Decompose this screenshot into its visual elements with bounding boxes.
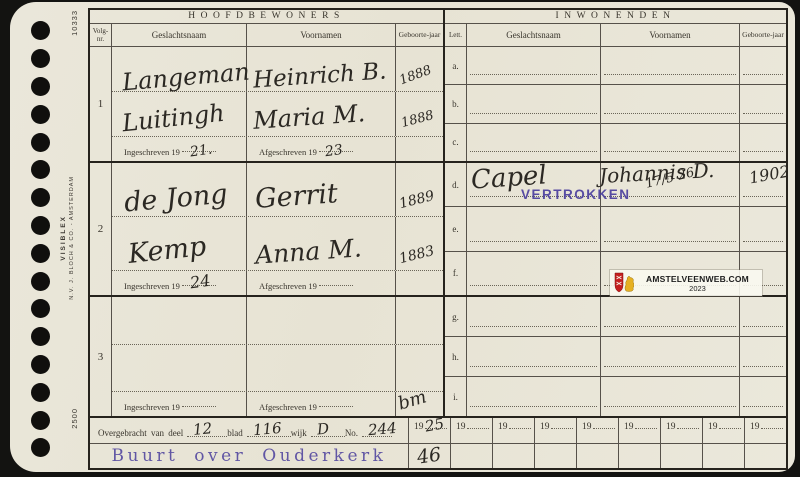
handwritten-no: 244: [367, 419, 397, 439]
row-number: 2: [90, 163, 112, 295]
letter-cell: e.: [445, 207, 467, 250]
year-cell: 19: [702, 418, 744, 443]
dotted-line: [467, 421, 489, 429]
surname-cell: [467, 207, 601, 250]
inwonenden-header-row: Lett. Geslachtsnaam Voornamen Geboorte-j…: [445, 24, 786, 47]
handwritten-ingeschreven-year: 21.: [189, 142, 213, 161]
no-field: 244: [360, 436, 392, 438]
registration-row: Ingeschreven 1924 Afgeschreven 19: [112, 271, 443, 295]
card-serial-number: 10333: [70, 10, 79, 36]
handwritten-firstnames: Anna M.: [254, 233, 362, 269]
letter-cell: g.: [445, 297, 467, 336]
letter-cell: f.: [445, 252, 467, 295]
handwritten-firstnames: Maria M.: [252, 99, 366, 135]
birthyear-cell: 1888: [396, 47, 443, 91]
empty-cell: [396, 137, 443, 161]
empty-cell: [744, 444, 786, 468]
inwonenden-row-c: c.: [445, 124, 786, 161]
handwritten-year: 1889: [398, 188, 436, 212]
watermark-text: AMSTELVEENWEB.COM 2023: [637, 274, 758, 293]
entry-row: [112, 345, 443, 393]
dotted-line: [182, 406, 216, 407]
ingeschreven-cell: Ingeschreven 19: [112, 392, 247, 416]
entry-row: Luitingh Maria M. 1888: [112, 92, 443, 137]
letter-cell: b.: [445, 85, 467, 122]
no-label: No.: [345, 428, 358, 438]
dotted-line: [319, 285, 353, 286]
blad-label: blad: [227, 428, 243, 438]
birthyear-cell: [740, 337, 786, 376]
handwritten-year: 1883: [398, 243, 436, 267]
wijk-field: D: [309, 436, 345, 438]
year-cell: 1925: [408, 418, 450, 443]
handwritten-ingeschreven-year: 24: [189, 271, 212, 293]
handwritten-wijk: D: [316, 420, 330, 439]
year-prefix: 19: [414, 422, 424, 432]
year-cell: 19: [534, 418, 576, 443]
surname-cell: de Jong: [112, 163, 247, 216]
dotted-line: [509, 421, 531, 429]
inwonenden-section: INWONENDEN Lett. Geslachtsnaam Voornamen…: [445, 10, 786, 416]
afgeschreven-cell: Afgeschreven 19: [247, 271, 396, 295]
year-cell: 19: [744, 418, 786, 443]
block-content: Langeman Heinrich B. 1888 Luitingh Maria…: [112, 47, 443, 161]
year-prefix: 19: [624, 422, 634, 432]
inwonenden-row-i: i.: [445, 377, 786, 416]
hoofdbewoner-block-2: 2 de Jong Gerrit 1889 Kemp Anna M. 1883: [90, 161, 443, 295]
handwritten-year: 1888: [400, 108, 436, 131]
watermark-year: 2023: [637, 284, 758, 293]
letter-cell: c.: [445, 124, 467, 161]
handwritten-number: 46: [416, 443, 443, 468]
birthyear-cell: [396, 345, 443, 392]
punch-hole: [31, 188, 50, 207]
empty-cell: [492, 444, 534, 468]
afgeschreven-label: Afgeschreven 19: [259, 402, 317, 412]
ingeschreven-label: Ingeschreven 19: [124, 402, 180, 412]
surname-cell: [467, 252, 601, 295]
punch-hole: [31, 244, 50, 263]
handwritten-surname: de Jong: [123, 179, 229, 219]
entry-row: [112, 297, 443, 345]
punch-hole: [31, 49, 50, 68]
punch-hole: [31, 105, 50, 124]
register-card: 10333 VISIBLEX N.V. J. BLOCH & CO. - AMS…: [10, 2, 795, 472]
year-cell: 19: [618, 418, 660, 443]
ingeschreven-cell: Ingeschreven 1921.: [112, 137, 247, 161]
year-prefix: 19: [750, 422, 760, 432]
ingeschreven-cell: Ingeschreven 1924: [112, 271, 247, 295]
empty-cell: [576, 444, 618, 468]
surname-cell: Kemp: [112, 217, 247, 270]
birthyear-cell: 1883: [396, 217, 443, 270]
punch-hole: [31, 411, 50, 430]
letter-cell: i.: [445, 377, 467, 416]
dotted-line: [761, 421, 783, 429]
vertrokken-stamp: VERTROKKEN: [521, 187, 631, 202]
year-cell: 19: [450, 418, 492, 443]
birthyear-cell: [740, 85, 786, 122]
handwritten-year: 1902: [748, 162, 791, 188]
firstnames-cell: [601, 207, 740, 250]
register-table: HOOFDBEWONERS Volg-nr. Geslachtsnaam Voo…: [88, 8, 788, 470]
brand-name: VISIBLEX: [60, 215, 67, 261]
empty-cell: [396, 271, 443, 295]
surname-cell: [467, 337, 601, 376]
birthyear-cell: 1902: [740, 163, 786, 206]
punch-hole: [31, 272, 50, 291]
punch-hole: [31, 133, 50, 152]
empty-cell: [450, 444, 492, 468]
handwritten-year: 1888: [397, 63, 433, 88]
blad-field: 116: [245, 436, 291, 438]
inwonenden-row-a: a.: [445, 47, 786, 85]
registration-row: Ingeschreven 1921. Afgeschreven 1923: [112, 137, 443, 161]
firstnames-cell: [601, 124, 740, 161]
manufacturer-imprint: VISIBLEX N.V. J. BLOCH & CO. - AMSTERDAM: [60, 150, 75, 325]
inwonenden-block-1: a. b. c.: [445, 47, 786, 161]
surname-cell: [112, 345, 247, 392]
year-prefix: 19: [498, 422, 508, 432]
empty-cell: [534, 444, 576, 468]
punch-hole: [31, 383, 50, 402]
letter-cell: h.: [445, 337, 467, 376]
entry-row: Langeman Heinrich B. 1888: [112, 47, 443, 92]
year-prefix: 19: [540, 422, 550, 432]
handwritten-firstnames: Gerrit: [254, 178, 339, 215]
birthyear-cell: [740, 297, 786, 336]
afgeschreven-label: Afgeschreven 19: [259, 147, 317, 157]
surname-cell: Langeman: [112, 47, 247, 91]
punch-hole: [31, 21, 50, 40]
row-number: 1: [90, 47, 112, 161]
year-prefix: 19: [708, 422, 718, 432]
firstnames-cell: [601, 47, 740, 84]
surname-cell: [467, 85, 601, 122]
inwonenden-row-b: b.: [445, 85, 786, 123]
block-content: Ingeschreven 19 Afgeschreven 19: [112, 297, 443, 416]
ingeschreven-label: Ingeschreven 19: [124, 147, 180, 157]
dotted-line: [593, 421, 615, 429]
buurt-row: Buurt over Ouderkerk 46: [90, 443, 786, 468]
inwonenden-row-g: g.: [445, 297, 786, 337]
empty-cell: [660, 444, 702, 468]
handwritten-firstnames: Heinrich B.: [252, 58, 387, 93]
handwritten-surname: Luitingh: [121, 99, 226, 138]
year-cell: 19: [576, 418, 618, 443]
overgebracht-cell: Overgebracht van deel 12 blad 116 wijk D…: [90, 418, 408, 443]
punch-hole: [31, 299, 50, 318]
birthyear-cell: [740, 377, 786, 416]
inwonenden-row-d: d. Capel Johannis D. 1902 VERTROKKEN 17/…: [445, 163, 786, 207]
firstnames-cell: [247, 297, 396, 344]
year-cell: 19: [660, 418, 702, 443]
punch-hole: [31, 327, 50, 346]
inwonenden-row-h: h.: [445, 337, 786, 377]
ingeschreven-label: Ingeschreven 19: [124, 281, 180, 291]
inwonenden-row-e: e.: [445, 207, 786, 251]
handwritten-year-value: 25: [424, 414, 446, 435]
afgeschreven-cell: Afgeschreven 1923: [247, 137, 396, 161]
entry-row: de Jong Gerrit 1889: [112, 163, 443, 217]
surname-cell: [467, 377, 601, 416]
afgeschreven-cell: Afgeschreven 19: [247, 392, 396, 416]
firstnames-cell: [601, 297, 740, 336]
surname-cell: [112, 297, 247, 344]
hoofdbewoners-section: HOOFDBEWONERS Volg-nr. Geslachtsnaam Voo…: [90, 10, 445, 416]
overgebracht-label: Overgebracht van deel: [98, 428, 183, 438]
surname-cell: [467, 47, 601, 84]
firstnames-cell: [601, 85, 740, 122]
buurt-stamp-cell: Buurt over Ouderkerk: [90, 444, 408, 468]
entry-row: Kemp Anna M. 1883: [112, 217, 443, 271]
dotted-line: [677, 421, 699, 429]
overgebracht-row: Overgebracht van deel 12 blad 116 wijk D…: [90, 416, 786, 443]
handwritten-surname: Kemp: [127, 231, 208, 270]
afgeschreven-label: Afgeschreven 19: [259, 281, 317, 291]
firstnames-cell: [601, 377, 740, 416]
col-header-geslachtsnaam: Geslachtsnaam: [467, 24, 601, 46]
empty-cell: [702, 444, 744, 468]
block-content: de Jong Gerrit 1889 Kemp Anna M. 1883 In…: [112, 163, 443, 295]
handwritten-deel: 12: [193, 419, 214, 439]
watermark-site: AMSTELVEENWEB.COM: [637, 274, 758, 284]
col-header-volgnr: Volg-nr.: [90, 24, 112, 46]
hoofdbewoner-block-1: 1 Langeman Heinrich B. 1888 Luitingh Mar…: [90, 47, 443, 161]
col-header-geslachtsnaam: Geslachtsnaam: [112, 24, 247, 46]
birthyear-cell: 1888: [396, 92, 443, 136]
hoofdbewoners-header-row: Volg-nr. Geslachtsnaam Voornamen Geboort…: [90, 24, 443, 47]
firstnames-cell: [601, 337, 740, 376]
year-cell: 19: [492, 418, 534, 443]
firstnames-cell: Heinrich B.: [247, 47, 396, 91]
punch-hole: [31, 77, 50, 96]
letter-cell: d.: [445, 163, 467, 206]
birthyear-cell: [396, 297, 443, 344]
hoofdbewoner-block-3: 3 Ingeschreven 19: [90, 295, 443, 416]
firstnames-cell: Maria M.: [247, 92, 396, 136]
hoofdbewoners-title: HOOFDBEWONERS: [90, 10, 443, 24]
letter-cell: a.: [445, 47, 467, 84]
dotted-line: [319, 406, 353, 407]
punch-hole: [31, 438, 50, 457]
brand-address: N.V. J. BLOCH & CO. - AMSTERDAM: [69, 176, 75, 300]
col-header-geboortejaar: Geboorte-jaar: [740, 24, 786, 46]
wijk-label: wijk: [291, 428, 307, 438]
surname-cell: [467, 124, 601, 161]
birthyear-cell: [740, 124, 786, 161]
buurt-stamp: Buurt over Ouderkerk: [112, 446, 387, 466]
deel-field: 12: [185, 436, 227, 438]
scan-background: 10333 VISIBLEX N.V. J. BLOCH & CO. - AMS…: [0, 0, 800, 477]
firstnames-cell: [247, 345, 396, 392]
handwritten-afgeschreven-year: 23: [324, 142, 344, 160]
firstnames-cell: Anna M.: [247, 217, 396, 270]
dotted-line: [635, 421, 657, 429]
year-prefix: 19: [582, 422, 592, 432]
card-stock-number: 2500: [70, 408, 79, 429]
handwritten-blad: 116: [252, 419, 282, 439]
col-header-voornamen: Voornamen: [601, 24, 740, 46]
punch-hole: [31, 355, 50, 374]
handwritten-surname: Langeman: [121, 57, 251, 96]
punch-hole: [31, 216, 50, 235]
dotted-line: [551, 421, 573, 429]
col-header-voornamen: Voornamen: [247, 24, 396, 46]
year-prefix: 19: [456, 422, 466, 432]
birthyear-cell: [740, 207, 786, 250]
year-prefix: 19: [666, 422, 676, 432]
birthyear-cell: [740, 47, 786, 84]
birthyear-cell: 1889: [396, 163, 443, 216]
col-header-geboortejaar: Geboorte-jaar: [396, 24, 443, 46]
surname-cell: Luitingh: [112, 92, 247, 136]
firstnames-cell: Gerrit: [247, 163, 396, 216]
empty-cell: [618, 444, 660, 468]
row-number: 3: [90, 297, 112, 416]
amstelveen-coat-of-arms-icon: [614, 272, 634, 294]
inwonenden-block-3: g. h. i.: [445, 295, 786, 416]
punch-hole: [31, 160, 50, 179]
inwonenden-title: INWONENDEN: [445, 10, 786, 24]
watermark: AMSTELVEENWEB.COM 2023: [610, 270, 762, 296]
registration-row: Ingeschreven 19 Afgeschreven 19: [112, 392, 443, 416]
house-number-cell: 46: [408, 444, 450, 468]
col-header-lett: Lett.: [445, 24, 467, 46]
surname-cell: [467, 297, 601, 336]
dotted-line: [719, 421, 741, 429]
